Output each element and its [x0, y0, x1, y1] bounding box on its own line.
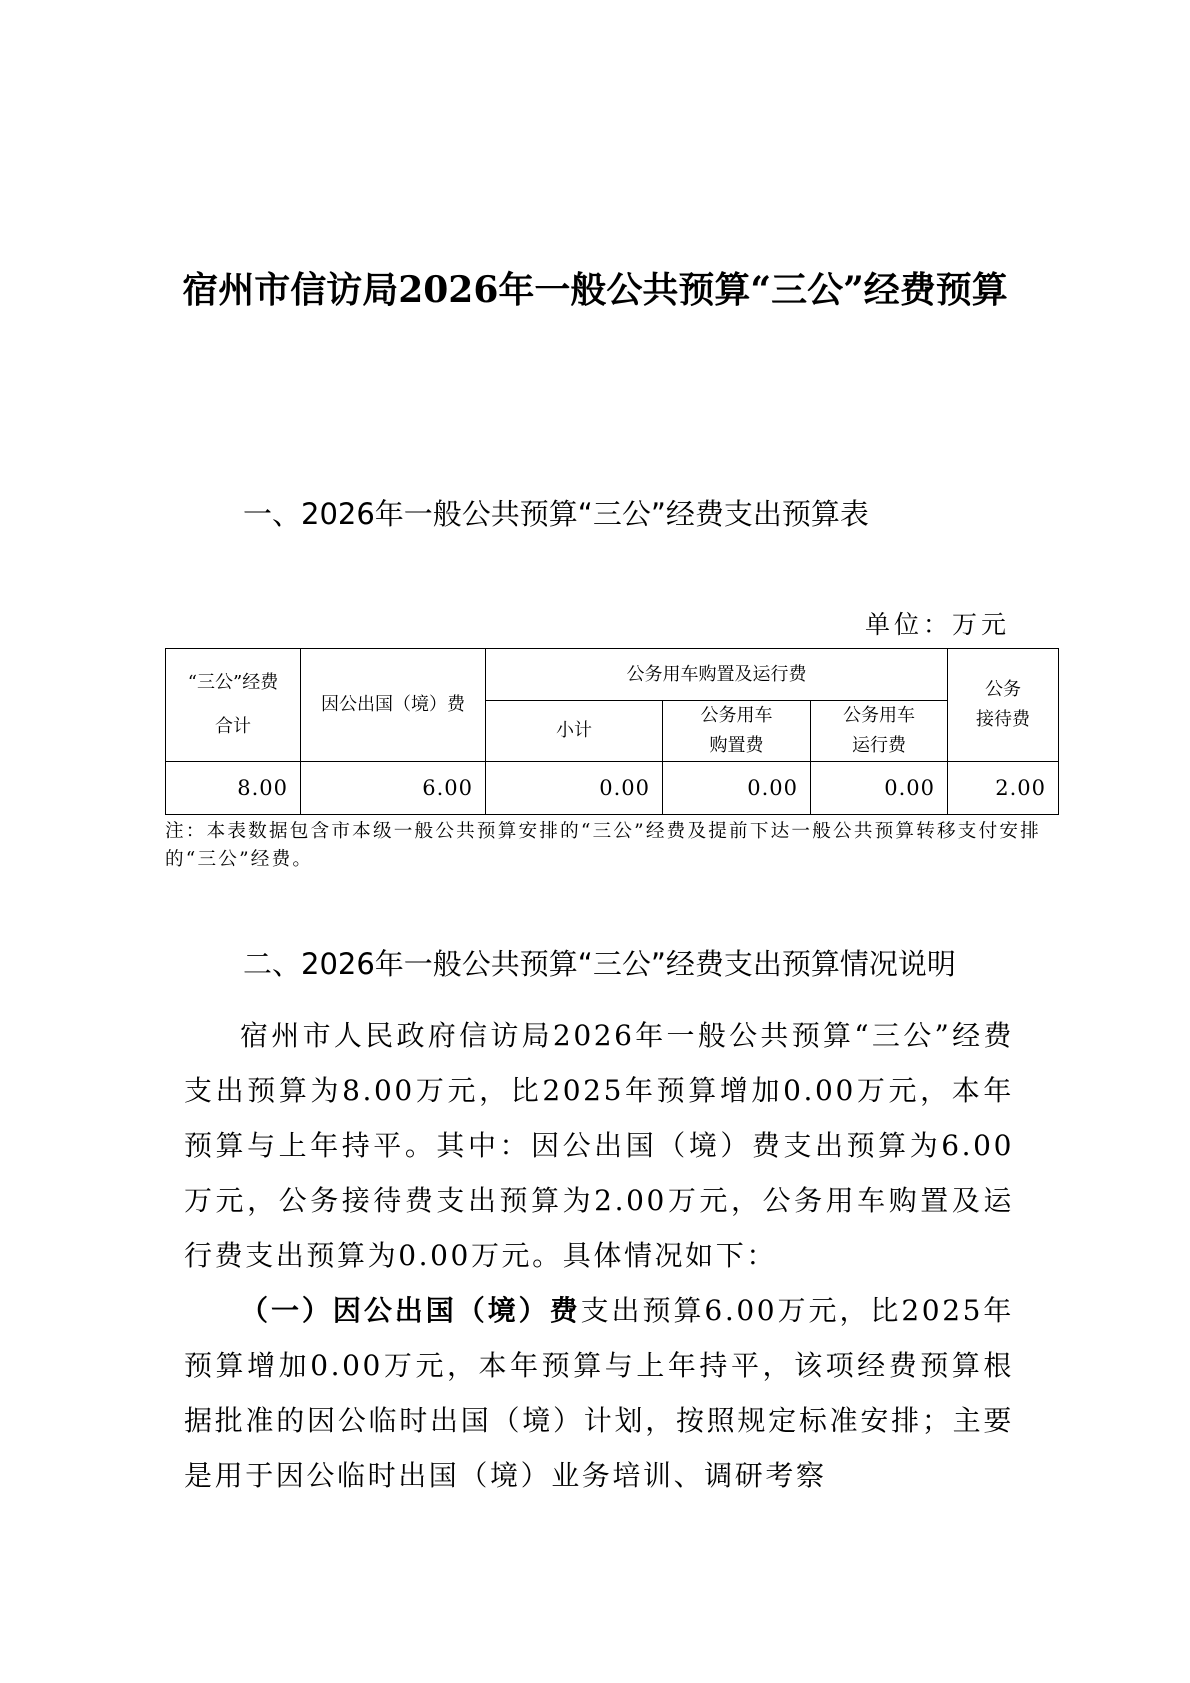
cell-vehicle-subtotal: 0.00: [486, 762, 663, 815]
header-vehicle-group: 公务用车购置及运行费: [486, 649, 948, 701]
cell-total: 8.00: [166, 762, 301, 815]
header-total-line2: 合计: [166, 712, 300, 742]
paragraph-summary: 宿州市人民政府信访局2026年一般公共预算“三公”经费支出预算为8.00万元，比…: [184, 1008, 1014, 1283]
section-heading-explanation: 二、2026年一般公共预算“三公”经费支出预算情况说明: [243, 944, 956, 984]
cell-vehicle-purchase: 0.00: [663, 762, 811, 815]
header-overseas: 因公出国（境）费: [301, 649, 486, 762]
explanation-body: 宿州市人民政府信访局2026年一般公共预算“三公”经费支出预算为8.00万元，比…: [184, 1008, 1014, 1503]
cell-overseas: 6.00: [301, 762, 486, 815]
header-reception-line1: 公务: [948, 675, 1058, 705]
header-vehicle-operation-line2: 运行费: [811, 731, 947, 761]
page-title: 宿州市信访局2026年一般公共预算“三公”经费预算: [0, 266, 1190, 314]
header-vehicle-purchase-line2: 购置费: [663, 731, 810, 761]
header-reception: 公务 接待费: [948, 649, 1059, 762]
table-row: 8.00 6.00 0.00 0.00 0.00 2.00: [166, 762, 1059, 815]
header-total-line1: “三公”经费: [166, 668, 300, 698]
cell-reception: 2.00: [948, 762, 1059, 815]
paragraph-overseas: （一）因公出国（境）费支出预算6.00万元，比2025年预算增加0.00万元，本…: [184, 1283, 1014, 1503]
header-vehicle-purchase-line1: 公务用车: [663, 701, 810, 731]
cell-vehicle-operation: 0.00: [811, 762, 948, 815]
table-note: 注：本表数据包含市本级一般公共预算安排的“三公”经费及提前下达一般公共预算转移支…: [165, 818, 1058, 874]
table-header-row: “三公”经费 合计 因公出国（境）费 公务用车购置及运行费 公务 接待费: [166, 649, 1059, 701]
header-vehicle-operation: 公务用车 运行费: [811, 701, 948, 762]
header-vehicle-operation-line1: 公务用车: [811, 701, 947, 731]
paragraph-overseas-lead: （一）因公出国（境）费: [240, 1294, 581, 1327]
three-public-expenses-table: “三公”经费 合计 因公出国（境）费 公务用车购置及运行费 公务 接待费 小计 …: [165, 648, 1059, 815]
header-vehicle-subtotal: 小计: [486, 701, 663, 762]
header-vehicle-purchase: 公务用车 购置费: [663, 701, 811, 762]
section-heading-budget-table: 一、2026年一般公共预算“三公”经费支出预算表: [243, 494, 869, 534]
header-total: “三公”经费 合计: [166, 649, 301, 762]
header-reception-line2: 接待费: [948, 705, 1058, 735]
unit-label: 单位：万元: [865, 608, 1010, 642]
